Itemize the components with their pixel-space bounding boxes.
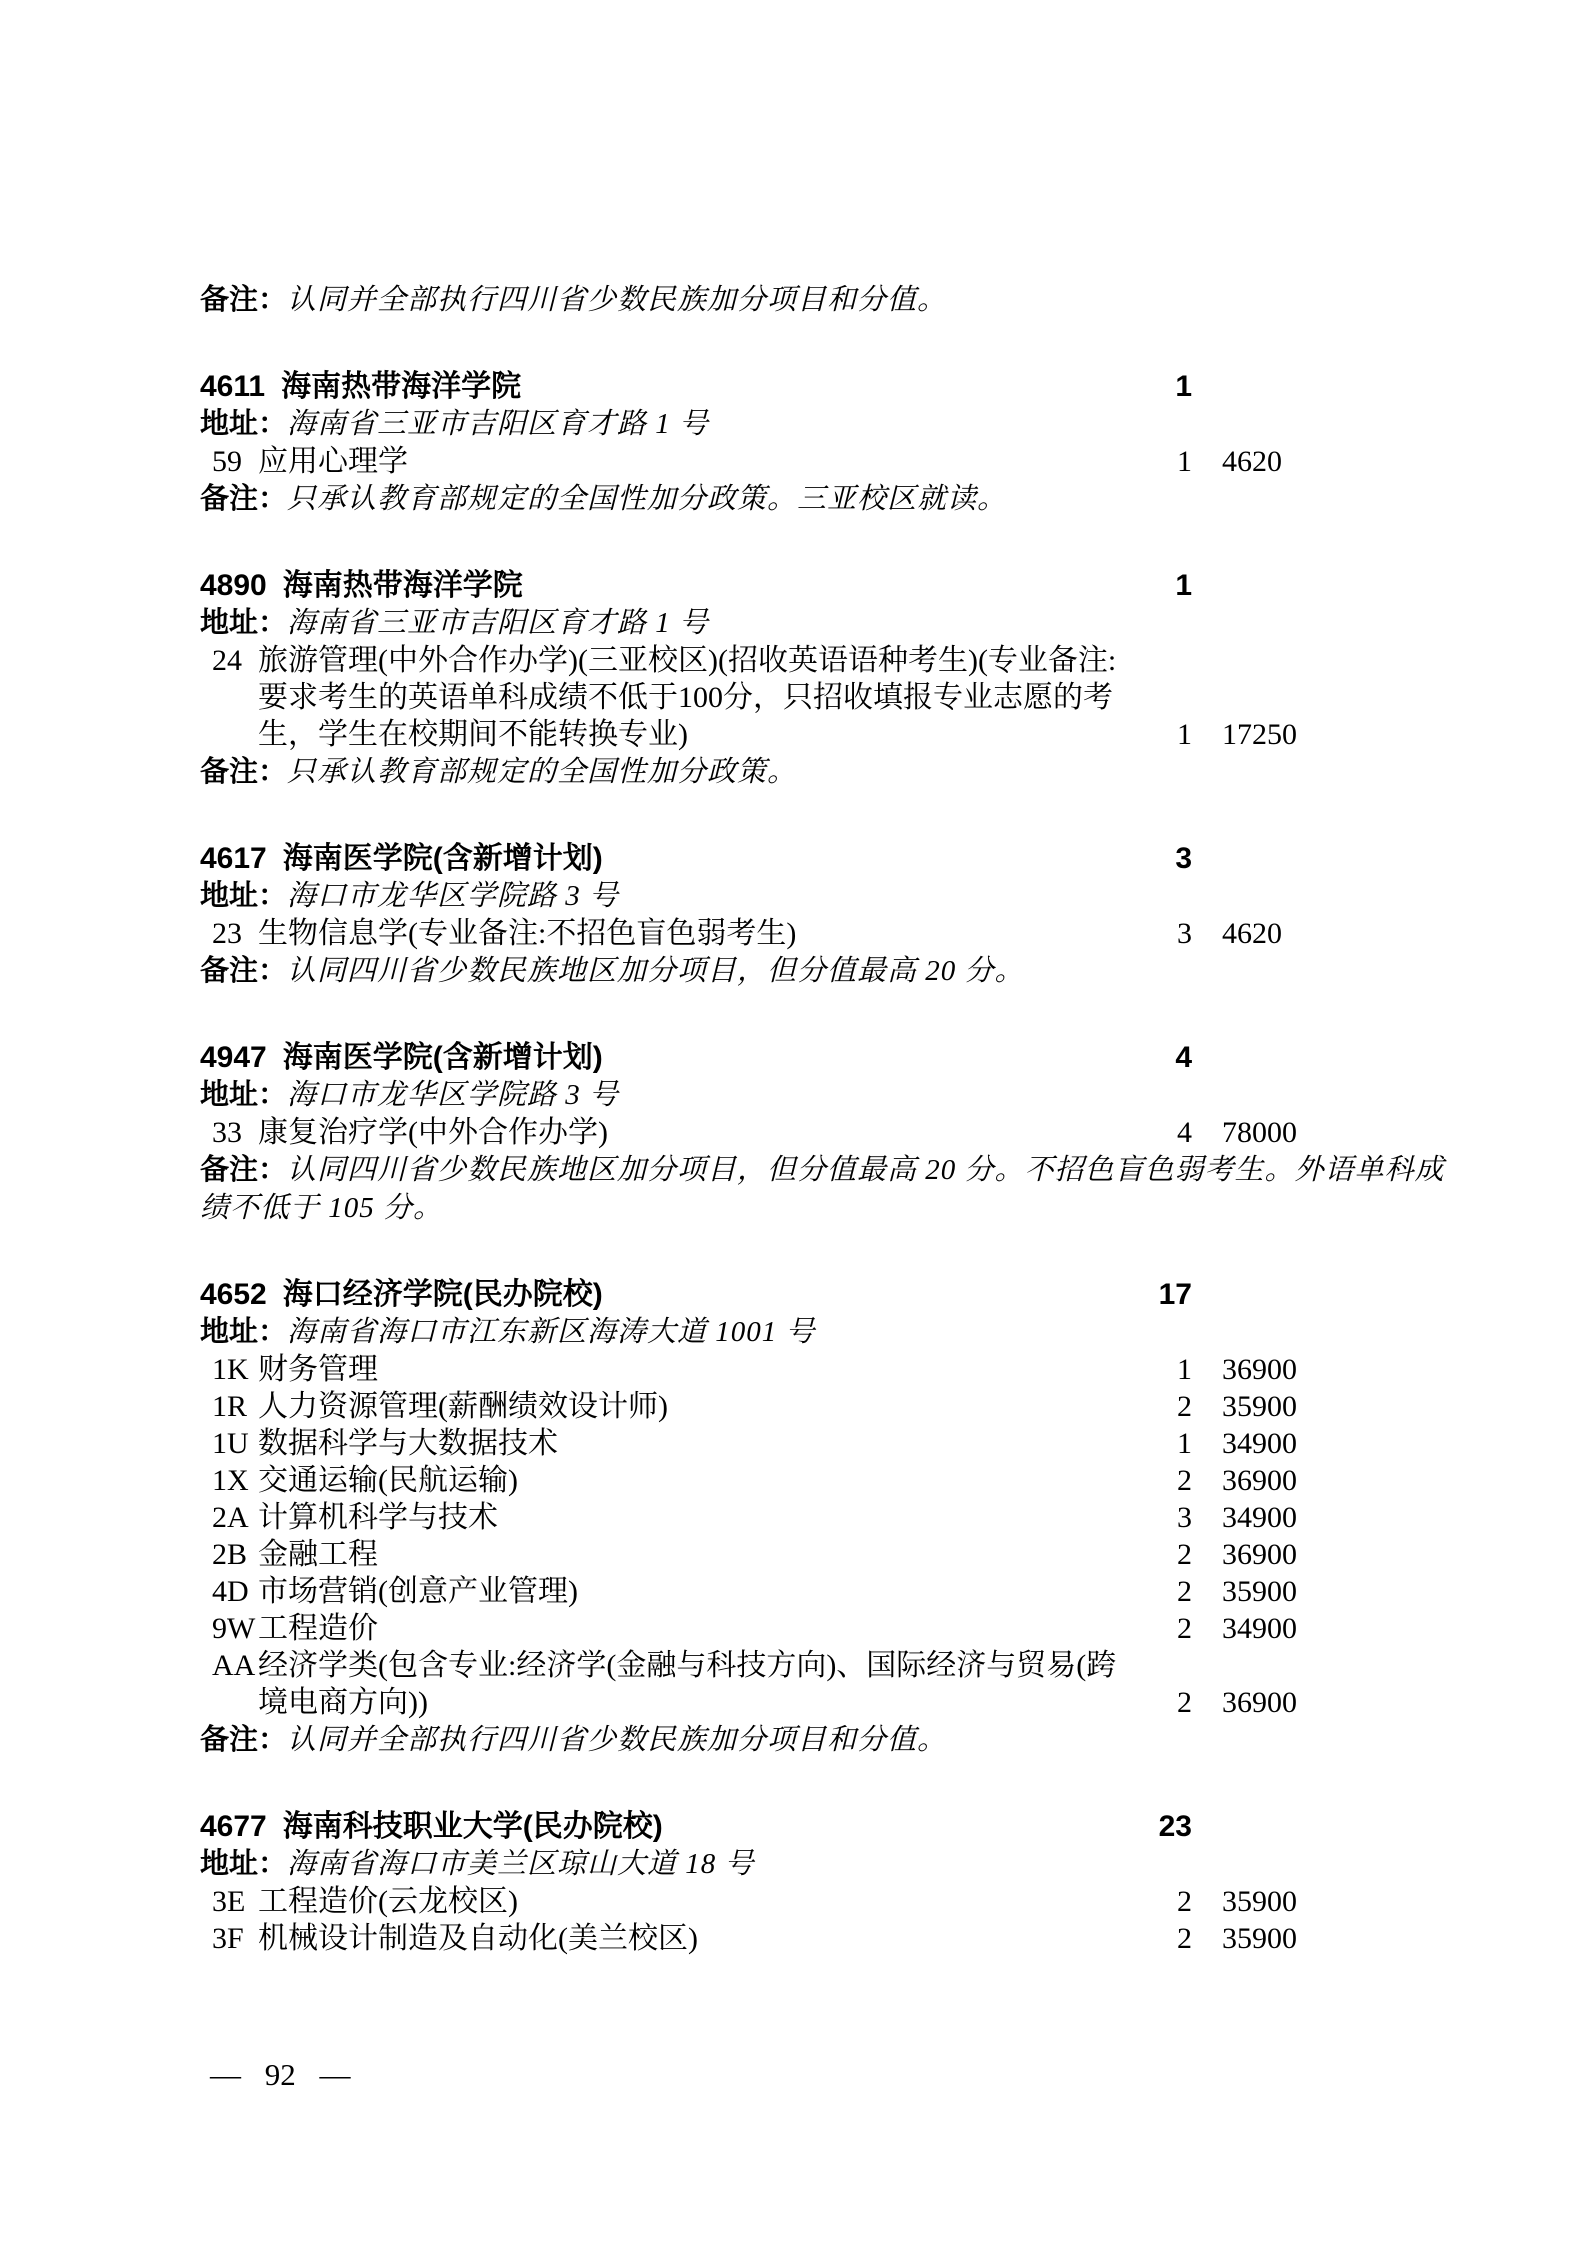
major-code: 1X bbox=[212, 1462, 256, 1499]
major-row: 24旅游管理(中外合作办学)(三亚校区)(招收英语语种考生)(专业备注:要求考生… bbox=[200, 642, 1138, 753]
major-fee: 34900 bbox=[1222, 1610, 1297, 1647]
major-row: 4D市场营销(创意产业管理) 2 35900 bbox=[200, 1573, 1138, 1610]
address-text: 海口市龙华区学院路 3 号 bbox=[287, 1079, 619, 1111]
major-code: 2A bbox=[212, 1499, 256, 1536]
remark-line: 备注：认同四川省少数民族地区加分项目，但分值最高 20 分。不招色盲色弱考生。外… bbox=[200, 1151, 1457, 1227]
major-fee: 34900 bbox=[1222, 1425, 1297, 1462]
address-label: 地址： bbox=[200, 1079, 287, 1111]
institution-header: 4617海南医学院(含新增计划) 3 bbox=[200, 840, 1457, 877]
page-content: 备注：认同并全部执行四川省少数民族加分项目和分值。 4611海南热带海洋学院 1… bbox=[200, 281, 1457, 1957]
institution-name: 海口经济学院(民办院校) bbox=[283, 1278, 603, 1311]
institution-plan-total: 4 bbox=[1132, 1039, 1192, 1076]
major-name: 人力资源管理(薪酬绩效设计师) bbox=[258, 1390, 668, 1423]
major-fee: 36900 bbox=[1222, 1462, 1297, 1499]
intro-remark-line: 备注：认同并全部执行四川省少数民族加分项目和分值。 bbox=[200, 281, 1457, 319]
major-plan-count: 1 bbox=[1140, 443, 1192, 480]
institution-section: 4652海口经济学院(民办院校) 17 地址：海南省海口市江东新区海涛大道 10… bbox=[200, 1276, 1457, 1759]
address-line: 地址：海口市龙华区学院路 3 号 bbox=[200, 877, 1457, 915]
major-plan-count: 1 bbox=[1140, 1351, 1192, 1388]
major-name: 交通运输(民航运输) bbox=[258, 1464, 518, 1497]
major-row: 3E工程造价(云龙校区) 2 35900 bbox=[200, 1883, 1138, 1920]
institution-section: 4890海南热带海洋学院 1 地址：海南省三亚市吉阳区育才路 1 号 24旅游管… bbox=[200, 567, 1457, 791]
major-name: 生物信息学(专业备注:不招色盲色弱考生) bbox=[258, 917, 796, 950]
major-plan-count: 2 bbox=[1140, 1920, 1192, 1957]
institution-header: 4677海南科技职业大学(民办院校) 23 bbox=[200, 1808, 1457, 1845]
major-plan-count: 4 bbox=[1140, 1114, 1192, 1151]
address-line: 地址：海口市龙华区学院路 3 号 bbox=[200, 1076, 1457, 1114]
major-code: 3F bbox=[212, 1920, 256, 1957]
institution-code: 4617 bbox=[200, 842, 267, 875]
major-fee: 78000 bbox=[1222, 1114, 1297, 1151]
remark-line: 备注：只承认教育部规定的全国性加分政策。 bbox=[200, 753, 1457, 791]
major-plan-count: 2 bbox=[1140, 1462, 1192, 1499]
major-plan-count: 3 bbox=[1140, 1499, 1192, 1536]
remark-label: 备注： bbox=[200, 1154, 287, 1186]
institution-header: 4947海南医学院(含新增计划) 4 bbox=[200, 1039, 1457, 1076]
major-row: AA经济学类(包含专业:经济学(金融与科技方向)、国际经济与贸易(跨境电商方向)… bbox=[200, 1647, 1138, 1721]
major-code: 33 bbox=[212, 1114, 256, 1151]
major-code: 23 bbox=[212, 915, 256, 952]
institution-plan-total: 17 bbox=[1132, 1276, 1192, 1313]
page-number: — 92 — bbox=[210, 2056, 351, 2093]
address-text: 海南省海口市江东新区海涛大道 1001 号 bbox=[287, 1316, 816, 1348]
address-text: 海口市龙华区学院路 3 号 bbox=[287, 880, 619, 912]
major-code: 1U bbox=[212, 1425, 256, 1462]
remark-text: 认同四川省少数民族地区加分项目，但分值最高 20 分。不招色盲色弱考生。外语单科… bbox=[200, 1154, 1445, 1224]
major-code: 24 bbox=[212, 642, 256, 679]
major-fee: 35900 bbox=[1222, 1388, 1297, 1425]
major-name: 数据科学与大数据技术 bbox=[258, 1427, 558, 1460]
remark-label: 备注： bbox=[200, 483, 287, 515]
institution-code: 4611 bbox=[200, 370, 265, 403]
major-name: 应用心理学 bbox=[258, 445, 408, 478]
remark-text: 只承认教育部规定的全国性加分政策。三亚校区就读。 bbox=[287, 483, 1007, 515]
institution-header: 4611海南热带海洋学院 1 bbox=[200, 368, 1457, 405]
major-row: 33康复治疗学(中外合作办学) 4 78000 bbox=[200, 1114, 1138, 1151]
remark-text: 只承认教育部规定的全国性加分政策。 bbox=[287, 756, 797, 788]
major-code: 1R bbox=[212, 1388, 256, 1425]
institution-code: 4890 bbox=[200, 569, 267, 602]
address-line: 地址：海南省海口市美兰区琼山大道 18 号 bbox=[200, 1845, 1457, 1883]
institution-section: 4947海南医学院(含新增计划) 4 地址：海口市龙华区学院路 3 号 33康复… bbox=[200, 1039, 1457, 1227]
major-fee: 35900 bbox=[1222, 1883, 1297, 1920]
remark-text: 认同并全部执行四川省少数民族加分项目和分值。 bbox=[287, 1724, 947, 1756]
major-plan-count: 2 bbox=[1140, 1610, 1192, 1647]
address-label: 地址： bbox=[200, 880, 287, 912]
major-name: 机械设计制造及自动化(美兰校区) bbox=[258, 1922, 698, 1955]
address-text: 海南省三亚市吉阳区育才路 1 号 bbox=[287, 607, 709, 639]
major-name: 金融工程 bbox=[258, 1538, 378, 1571]
major-code: 1K bbox=[212, 1351, 256, 1388]
address-label: 地址： bbox=[200, 1848, 287, 1880]
institution-code: 4677 bbox=[200, 1810, 267, 1843]
major-name: 工程造价 bbox=[258, 1612, 378, 1645]
major-code: AA bbox=[212, 1647, 256, 1684]
institution-header: 4652海口经济学院(民办院校) 17 bbox=[200, 1276, 1457, 1313]
institution-section: 4677海南科技职业大学(民办院校) 23 地址：海南省海口市美兰区琼山大道 1… bbox=[200, 1808, 1457, 1957]
major-row: 1X交通运输(民航运输) 2 36900 bbox=[200, 1462, 1138, 1499]
address-label: 地址： bbox=[200, 607, 287, 639]
address-text: 海南省三亚市吉阳区育才路 1 号 bbox=[287, 408, 709, 440]
major-code: 2B bbox=[212, 1536, 256, 1573]
major-plan-count: 2 bbox=[1140, 1536, 1192, 1573]
major-fee: 4620 bbox=[1222, 915, 1282, 952]
address-text: 海南省海口市美兰区琼山大道 18 号 bbox=[287, 1848, 755, 1880]
major-name: 计算机科学与技术 bbox=[258, 1501, 498, 1534]
address-label: 地址： bbox=[200, 1316, 287, 1348]
major-fee: 35900 bbox=[1222, 1573, 1297, 1610]
major-row: 59应用心理学 1 4620 bbox=[200, 443, 1138, 480]
major-fee: 35900 bbox=[1222, 1920, 1297, 1957]
institution-section: 4617海南医学院(含新增计划) 3 地址：海口市龙华区学院路 3 号 23生物… bbox=[200, 840, 1457, 990]
institution-plan-total: 23 bbox=[1132, 1808, 1192, 1845]
major-fee: 36900 bbox=[1222, 1684, 1297, 1721]
major-plan-count: 1 bbox=[1140, 1425, 1192, 1462]
major-name: 市场营销(创意产业管理) bbox=[258, 1575, 578, 1608]
major-plan-count: 1 bbox=[1140, 716, 1192, 753]
remark-label: 备注： bbox=[200, 1724, 287, 1756]
major-plan-count: 2 bbox=[1140, 1388, 1192, 1425]
institution-name: 海南热带海洋学院 bbox=[281, 370, 521, 403]
major-row: 23生物信息学(专业备注:不招色盲色弱考生) 3 4620 bbox=[200, 915, 1138, 952]
major-code: 9W bbox=[212, 1610, 256, 1647]
institution-plan-total: 1 bbox=[1132, 567, 1192, 604]
institution-name: 海南医学院(含新增计划) bbox=[283, 842, 603, 875]
major-fee: 4620 bbox=[1222, 443, 1282, 480]
major-name: 旅游管理(中外合作办学)(三亚校区)(招收英语语种考生)(专业备注:要求考生的英… bbox=[258, 644, 1116, 751]
major-plan-count: 2 bbox=[1140, 1883, 1192, 1920]
remark-line: 备注：认同四川省少数民族地区加分项目，但分值最高 20 分。 bbox=[200, 952, 1457, 990]
major-row: 3F机械设计制造及自动化(美兰校区) 2 35900 bbox=[200, 1920, 1138, 1957]
major-row: 1U数据科学与大数据技术 1 34900 bbox=[200, 1425, 1138, 1462]
major-row: 2B金融工程 2 36900 bbox=[200, 1536, 1138, 1573]
address-line: 地址：海南省三亚市吉阳区育才路 1 号 bbox=[200, 405, 1457, 443]
institution-code: 4947 bbox=[200, 1041, 267, 1074]
address-label: 地址： bbox=[200, 408, 287, 440]
remark-label: 备注： bbox=[200, 284, 287, 316]
major-fee: 17250 bbox=[1222, 716, 1297, 753]
remark-text: 认同并全部执行四川省少数民族加分项目和分值。 bbox=[287, 284, 947, 316]
remark-text: 认同四川省少数民族地区加分项目，但分值最高 20 分。 bbox=[287, 955, 1025, 987]
institution-name: 海南医学院(含新增计划) bbox=[283, 1041, 603, 1074]
major-name: 经济学类(包含专业:经济学(金融与科技方向)、国际经济与贸易(跨境电商方向)) bbox=[258, 1649, 1116, 1719]
major-code: 4D bbox=[212, 1573, 256, 1610]
remark-label: 备注： bbox=[200, 955, 287, 987]
institution-name: 海南科技职业大学(民办院校) bbox=[283, 1810, 663, 1843]
document-page: 备注：认同并全部执行四川省少数民族加分项目和分值。 4611海南热带海洋学院 1… bbox=[0, 0, 1587, 2245]
major-plan-count: 2 bbox=[1140, 1684, 1192, 1721]
major-code: 3E bbox=[212, 1883, 256, 1920]
institution-plan-total: 1 bbox=[1132, 368, 1192, 405]
address-line: 地址：海南省海口市江东新区海涛大道 1001 号 bbox=[200, 1313, 1457, 1351]
major-name: 工程造价(云龙校区) bbox=[258, 1885, 518, 1918]
major-row: 1K财务管理 1 36900 bbox=[200, 1351, 1138, 1388]
major-name: 财务管理 bbox=[258, 1353, 378, 1386]
remark-label: 备注： bbox=[200, 756, 287, 788]
institution-code: 4652 bbox=[200, 1278, 267, 1311]
major-row: 2A计算机科学与技术 3 34900 bbox=[200, 1499, 1138, 1536]
institution-plan-total: 3 bbox=[1132, 840, 1192, 877]
major-fee: 34900 bbox=[1222, 1499, 1297, 1536]
institution-header: 4890海南热带海洋学院 1 bbox=[200, 567, 1457, 604]
major-code: 59 bbox=[212, 443, 256, 480]
major-row: 9W工程造价 2 34900 bbox=[200, 1610, 1138, 1647]
major-name: 康复治疗学(中外合作办学) bbox=[258, 1116, 608, 1149]
institution-name: 海南热带海洋学院 bbox=[283, 569, 523, 602]
remark-line: 备注：认同并全部执行四川省少数民族加分项目和分值。 bbox=[200, 1721, 1457, 1759]
major-fee: 36900 bbox=[1222, 1536, 1297, 1573]
major-fee: 36900 bbox=[1222, 1351, 1297, 1388]
major-row: 1R人力资源管理(薪酬绩效设计师) 2 35900 bbox=[200, 1388, 1138, 1425]
major-plan-count: 2 bbox=[1140, 1573, 1192, 1610]
remark-line: 备注：只承认教育部规定的全国性加分政策。三亚校区就读。 bbox=[200, 480, 1457, 518]
major-plan-count: 3 bbox=[1140, 915, 1192, 952]
institution-section: 4611海南热带海洋学院 1 地址：海南省三亚市吉阳区育才路 1 号 59应用心… bbox=[200, 368, 1457, 518]
address-line: 地址：海南省三亚市吉阳区育才路 1 号 bbox=[200, 604, 1457, 642]
